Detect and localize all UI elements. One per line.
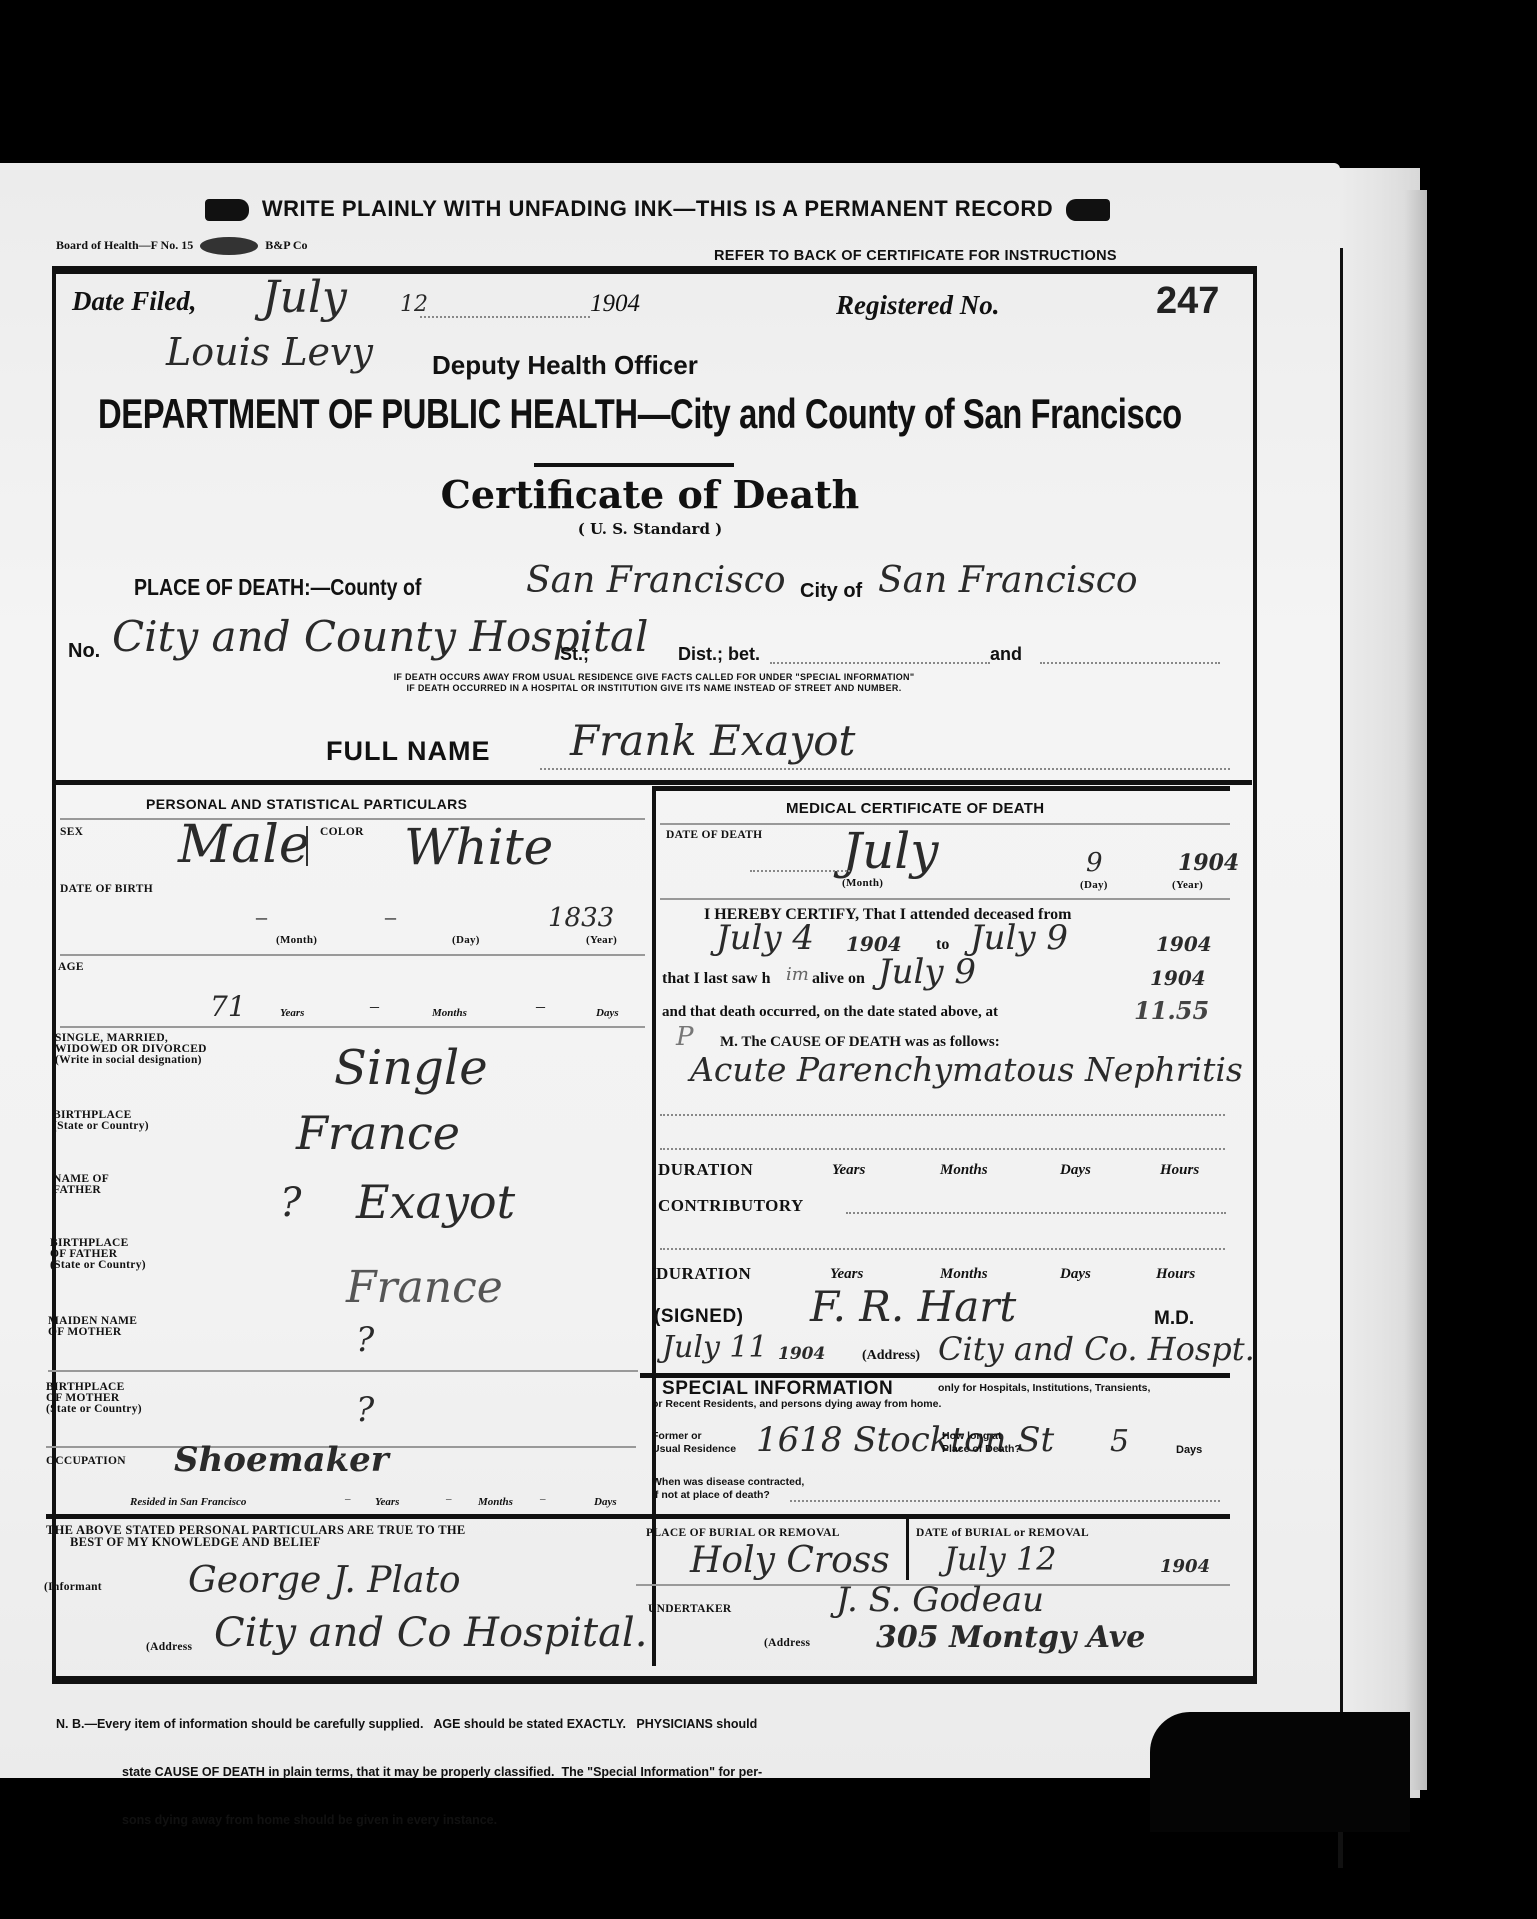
burial-year: 1904 <box>1160 1556 1210 1577</box>
birthplace-value: France <box>296 1106 460 1160</box>
cause-of-death: Acute Parenchymatous Nephritis <box>690 1050 1243 1089</box>
how-long-days-label: Days <box>1176 1444 1202 1456</box>
burial-place: Holy Cross <box>690 1540 890 1581</box>
death-day-caption: (Day) <box>1080 880 1108 891</box>
burial-divider <box>636 1514 1230 1519</box>
county-value: San Francisco <box>526 560 786 601</box>
mother-name-label: MAIDEN NAME OF MOTHER <box>48 1316 137 1338</box>
nb-footnote: N. B.—Every item of information should b… <box>56 1684 762 1844</box>
cause-line <box>660 1114 1225 1116</box>
street-no-label: No. <box>68 640 100 663</box>
how-long-value: 5 <box>1110 1424 1129 1459</box>
medical-heading: MEDICAL CERTIFICATE OF DEATH <box>786 800 1044 817</box>
death-month-caption: (Month) <box>842 878 883 889</box>
residence-label: Former or Usual Residence <box>652 1430 736 1456</box>
informant-statement: THE ABOVE STATED PERSONAL PARTICULARS AR… <box>46 1524 466 1548</box>
informant-label: (Informant <box>44 1582 102 1593</box>
contracted-line <box>790 1500 1220 1502</box>
dob-year: 1833 <box>548 903 614 933</box>
resided-months-caption: Months <box>478 1496 513 1508</box>
certificate-title: Certificate of Death <box>0 472 1300 517</box>
dob-year-caption: (Year) <box>586 935 617 946</box>
how-long-label: How long at Place of Death? <box>942 1430 1021 1456</box>
physician-address: City and Co. Hospt. <box>938 1330 1255 1368</box>
row-rule <box>60 818 645 820</box>
burial-column-divider <box>906 1518 909 1580</box>
age-label: AGE <box>58 962 84 973</box>
resided-days: – <box>540 1493 546 1505</box>
duration2-hours-label: Hours <box>1156 1266 1195 1283</box>
date-filed-line <box>420 316 590 318</box>
sex-color-divider <box>306 826 308 866</box>
marital-value: Single <box>334 1040 488 1096</box>
duration2-label: DURATION <box>656 1264 751 1284</box>
district-line <box>770 662 990 664</box>
undertaker-label: UNDERTAKER <box>648 1604 732 1615</box>
row-rule <box>60 1026 645 1028</box>
special-heading: SPECIAL INFORMATION <box>662 1378 893 1400</box>
resided-days-caption: Days <box>594 1496 617 1508</box>
resided-months: – <box>446 1493 452 1505</box>
dod-line <box>750 870 850 872</box>
physician-address-label: (Address) <box>862 1348 920 1364</box>
father-name-label: NAME OF FATHER <box>53 1174 109 1196</box>
color-value: White <box>404 818 553 876</box>
last-saw-pronoun: im <box>786 964 809 985</box>
duration-days-label: Days <box>1060 1162 1091 1179</box>
death-year-caption: (Year) <box>1172 880 1203 891</box>
cause-line <box>660 1148 1225 1150</box>
special-note-1: only for Hospitals, Institutions, Transi… <box>938 1382 1150 1394</box>
last-saw-year: 1904 <box>1150 966 1206 990</box>
contributory-label: CONTRIBUTORY <box>658 1196 804 1216</box>
father-birthplace-label: BIRTHPLACE OF FATHER (State or Country) <box>50 1238 146 1271</box>
scan-shadow <box>1150 1712 1410 1832</box>
resided-years: – <box>345 1493 351 1505</box>
age-days: – <box>536 996 545 1017</box>
alive-on-label: alive on <box>812 970 865 988</box>
pointing-hand-icon <box>205 199 249 221</box>
date-filed-month: July <box>262 272 347 323</box>
title-divider <box>534 463 734 467</box>
city-label: City of <box>800 580 862 603</box>
age-months-caption: Months <box>432 1007 467 1019</box>
birthplace-label: BIRTHPLACE (State or Country) <box>53 1110 149 1132</box>
dob-label: DATE OF BIRTH <box>60 884 153 895</box>
department-title: DEPARTMENT OF PUBLIC HEALTH—City and Cou… <box>98 390 964 438</box>
dob-day-caption: (Day) <box>452 935 480 946</box>
pointing-hand-icon <box>1066 199 1110 221</box>
contracted-label: When was disease contracted, If not at p… <box>652 1476 804 1502</box>
instructions-note: REFER TO BACK OF CERTIFICATE FOR INSTRUC… <box>714 248 1117 264</box>
duration-label: DURATION <box>658 1160 753 1180</box>
death-day: 9 <box>1086 848 1103 878</box>
father-first-name: ? <box>280 1180 301 1226</box>
physician-signature: F. R. Hart <box>810 1282 1016 1331</box>
row-rule <box>60 954 645 956</box>
date-filed-label: Date Filed, <box>72 286 196 317</box>
mother-birthplace-value: ? <box>356 1390 374 1430</box>
signed-year: 1904 <box>778 1344 825 1364</box>
city-value: San Francisco <box>878 560 1138 601</box>
burial-date-label: DATE of BURIAL or REMOVAL <box>916 1528 1089 1539</box>
undertaker-address: 305 Montgy Ave <box>876 1620 1145 1655</box>
informant-divider <box>46 1514 652 1519</box>
place-of-death-label: PLACE OF DEATH:—County of <box>134 574 421 601</box>
age-months: – <box>370 996 379 1017</box>
death-month: July <box>842 822 938 880</box>
age-days-caption: Days <box>596 1007 619 1019</box>
informant-address-label: (Address <box>146 1642 192 1653</box>
medical-top-rule <box>656 786 1230 791</box>
row-rule <box>660 898 1230 900</box>
burial-date: July 12 <box>944 1540 1057 1578</box>
sex-value: Male <box>178 815 310 875</box>
father-birthplace-value: France <box>346 1262 503 1313</box>
signed-label: (SIGNED) <box>654 1306 744 1328</box>
marital-label: SINGLE, MARRIED, WIDOWED OR DIVORCED (Wr… <box>55 1033 207 1066</box>
attended-to-year: 1904 <box>1156 932 1212 956</box>
attended-to-date: July 9 <box>970 918 1068 958</box>
informant-address: City and Co Hospital. <box>214 1610 647 1656</box>
duration-years-label: Years <box>832 1162 865 1179</box>
attended-from-date: July 4 <box>716 918 814 958</box>
color-label: COLOR <box>320 827 364 838</box>
officer-title: Deputy Health Officer <box>432 350 698 381</box>
dob-day: – <box>385 904 396 930</box>
back-page-shadow <box>1405 190 1427 1790</box>
full-name-line <box>540 768 1230 770</box>
occupation-label: OCCUPATION <box>46 1456 126 1467</box>
undertaker-name: J. S. Godeau <box>836 1580 1044 1620</box>
row-rule <box>660 823 1230 825</box>
registered-number: 247 <box>1156 280 1219 323</box>
death-meridiem: P <box>676 1022 694 1052</box>
place-of-death-note: IF DEATH OCCURS AWAY FROM USUAL RESIDENC… <box>214 672 1094 694</box>
death-time-label: and that death occurred, on the date sta… <box>662 1004 998 1021</box>
age-years-caption: Years <box>280 1007 304 1019</box>
death-time: 11.55 <box>1134 996 1209 1025</box>
full-name-value: Frank Exayot <box>570 716 855 765</box>
row-rule <box>48 1370 638 1372</box>
age-years: 71 <box>210 990 246 1023</box>
md-label: M.D. <box>1154 1308 1194 1330</box>
section-divider <box>52 780 1252 785</box>
signed-date: July 11 <box>662 1330 768 1365</box>
officer-signature: Louis Levy <box>166 330 373 374</box>
form-identifier: Board of Health—F No. 15 B&P Co <box>56 237 308 255</box>
duration-months-label: Months <box>940 1162 988 1179</box>
resided-years-caption: Years <box>375 1496 399 1508</box>
resided-label: Resided in San Francisco <box>130 1496 246 1508</box>
and-label: and <box>990 644 1022 665</box>
contributory-line <box>846 1212 1226 1214</box>
street-label: St.; <box>560 644 589 665</box>
informant-name: George J. Plato <box>188 1560 461 1601</box>
sex-label: SEX <box>60 827 83 838</box>
duration-hours-label: Hours <box>1160 1162 1199 1179</box>
mother-birthplace-label: BIRTHPLACE OF MOTHER (State or Country) <box>46 1382 142 1415</box>
duration2-years-label: Years <box>830 1266 863 1283</box>
occupation-value: Shoemaker <box>174 1440 389 1480</box>
special-note-2: or Recent Residents, and persons dying a… <box>652 1398 941 1410</box>
printer-emblem-icon <box>200 237 258 255</box>
father-last-name: Exayot <box>356 1175 515 1229</box>
contributory-line <box>660 1248 1225 1250</box>
dob-month: – <box>256 904 267 930</box>
district-label: Dist.; bet. <box>678 644 760 665</box>
date-of-death-label: DATE OF DEATH <box>666 830 762 841</box>
registered-no-label: Registered No. <box>836 290 999 321</box>
burial-place-label: PLACE OF BURIAL OR REMOVAL <box>646 1528 840 1539</box>
last-saw-label: that I last saw h <box>662 970 770 988</box>
duration2-days-label: Days <box>1060 1266 1091 1283</box>
death-year: 1904 <box>1178 850 1239 876</box>
dob-month-caption: (Month) <box>276 935 317 946</box>
last-saw-date: July 9 <box>878 952 976 992</box>
us-standard: ( U. S. Standard ) <box>0 520 1300 538</box>
date-filed-year: 1904 <box>590 290 640 318</box>
date-filed-day: 12 <box>400 292 428 317</box>
undertaker-address-label: (Address <box>764 1638 810 1649</box>
mother-name-value: ? <box>356 1320 374 1360</box>
personal-heading: PERSONAL AND STATISTICAL PARTICULARS <box>146 796 467 812</box>
full-name-label: FULL NAME <box>326 736 491 767</box>
permanent-record-banner: WRITE PLAINLY WITH UNFADING INK—THIS IS … <box>110 196 1205 222</box>
duration2-months-label: Months <box>940 1266 988 1283</box>
and-line <box>1040 662 1220 664</box>
cause-intro: M. The CAUSE OF DEATH was as follows: <box>720 1034 1000 1051</box>
